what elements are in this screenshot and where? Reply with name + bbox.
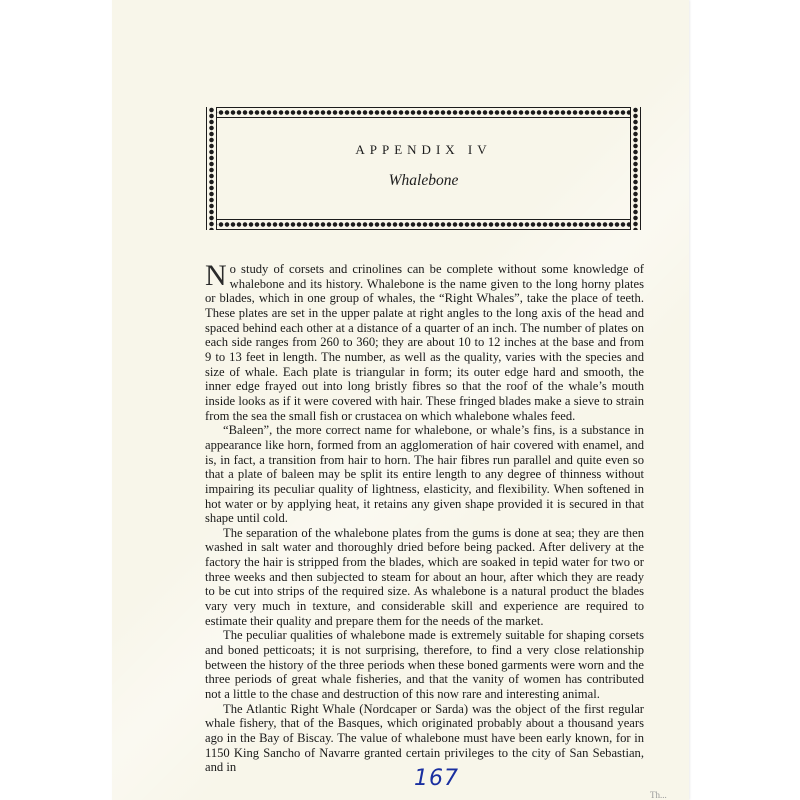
frame-top-border bbox=[206, 107, 641, 118]
frame-right-border bbox=[630, 107, 641, 230]
frame-left-border bbox=[206, 107, 217, 230]
appendix-label: APPENDIX IV bbox=[206, 142, 641, 158]
paragraph-2: “Baleen”, the more correct name for whal… bbox=[205, 423, 644, 526]
handwritten-page-number: 167 bbox=[414, 766, 459, 791]
frame-bottom-border bbox=[206, 219, 641, 230]
paragraph-4: The peculiar qualities of whalebone made… bbox=[205, 628, 644, 701]
paragraph-5: The Atlantic Right Whale (Nordcaper or S… bbox=[205, 702, 644, 775]
paragraph-1: No study of corsets and crinolines can b… bbox=[205, 262, 644, 423]
paragraph-3: The separation of the whalebone plates f… bbox=[205, 526, 644, 629]
appendix-title: Whalebone bbox=[206, 172, 641, 190]
corner-note: Th... bbox=[650, 790, 667, 800]
body-text: No study of corsets and crinolines can b… bbox=[205, 262, 644, 775]
ornamental-title-frame bbox=[206, 107, 641, 230]
drop-cap: N bbox=[205, 264, 227, 288]
